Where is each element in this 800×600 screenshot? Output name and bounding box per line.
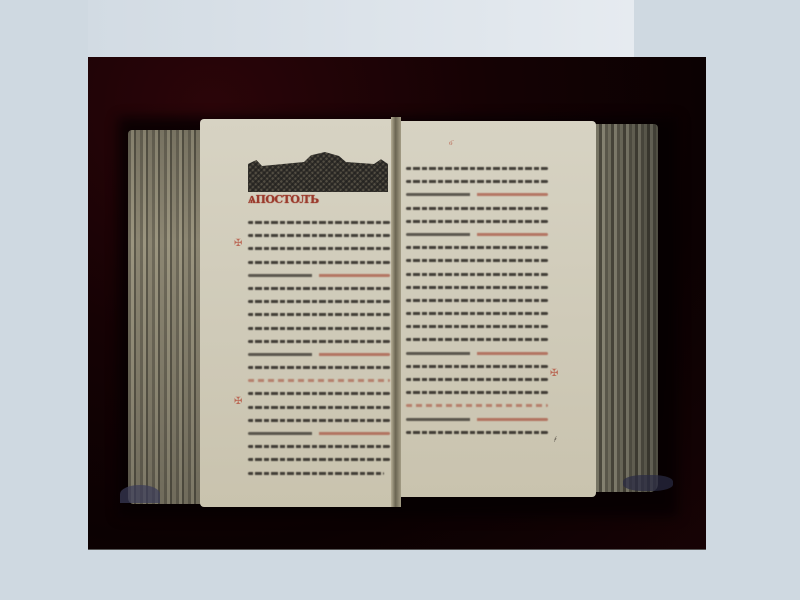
book-gutter	[391, 117, 401, 507]
signature-mark: ҂	[554, 435, 557, 444]
folio-number: ѳ҃	[449, 139, 453, 147]
slide-header-band	[88, 0, 634, 57]
right-page-text	[406, 167, 548, 444]
book-photograph: ѦПОСТОЛЪ ѳ҃ ✠ ✠	[88, 57, 706, 549]
right-page-block-edge	[590, 124, 658, 492]
margin-cross-marker: ✠	[234, 239, 242, 249]
cover-corner-left	[120, 485, 160, 503]
cover-corner-right	[623, 475, 673, 491]
left-page-block-edge	[128, 130, 206, 504]
title-rubric: ѦПОСТОЛЪ	[248, 193, 388, 211]
left-page-text	[248, 221, 390, 485]
margin-cross-marker: ✠	[550, 369, 558, 379]
margin-cross-marker: ✠	[234, 397, 242, 407]
